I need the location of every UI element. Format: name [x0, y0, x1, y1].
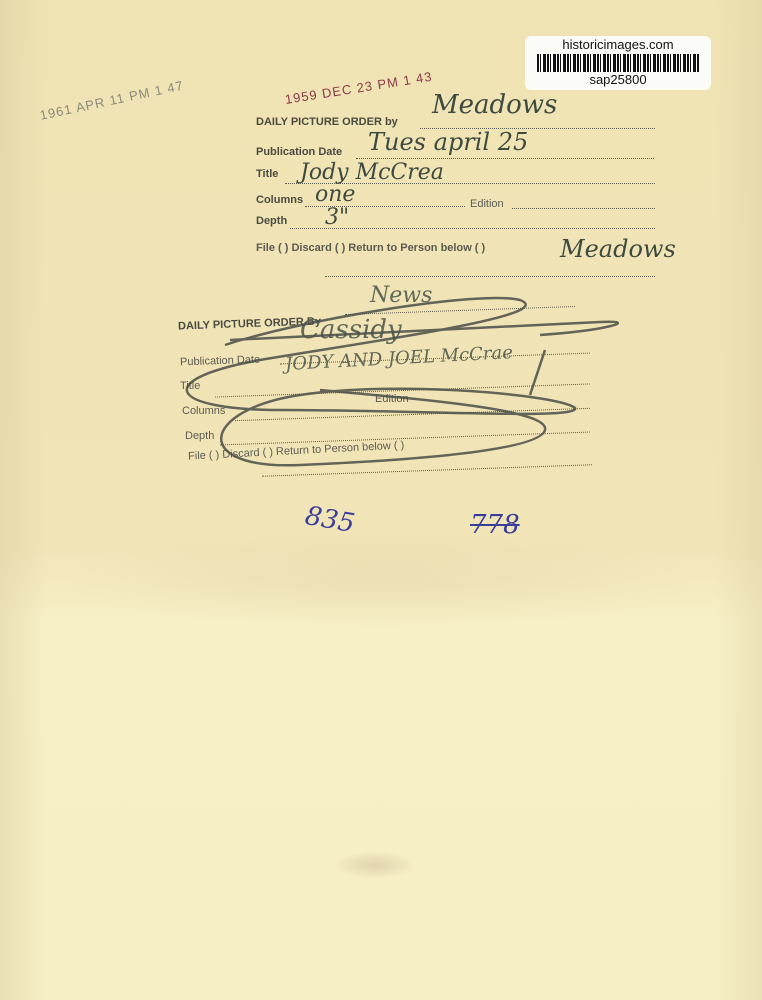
cross-out-scribble: [0, 0, 762, 1000]
note-right: 778: [470, 510, 520, 540]
